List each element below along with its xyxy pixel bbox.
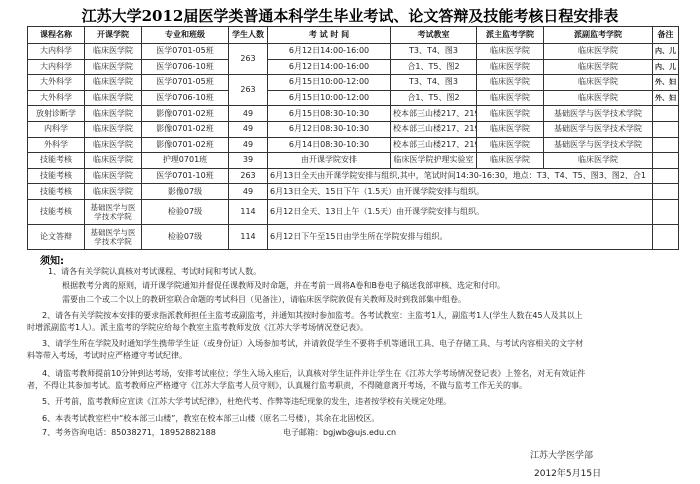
cell-time: 6月12日08:30-10:30	[268, 121, 391, 137]
cell-count: 49	[229, 121, 268, 137]
cell-count: 49	[229, 137, 268, 153]
cell-note	[653, 168, 679, 184]
cell-merged-arrangement: 6月13日全天由开课学院安排与组织,其中，笔试时间14:30-16:30，地点：…	[268, 168, 653, 184]
table-row: 技能考核 临床医学院 影像07级 49 6月13日全天、15日下午（1.5天）由…	[28, 184, 679, 200]
table-row: 技能考核 临床医学院 医学0701-10班 263 6月13日全天由开课学院安排…	[28, 168, 679, 184]
cell-college: 临床医学院	[85, 59, 142, 75]
cell-main-proctor: 临床医学院	[477, 59, 544, 75]
header-vice-proctor: 派副监考学院	[544, 27, 653, 44]
header-note: 备注	[653, 27, 679, 44]
cell-course: 技能考核	[28, 168, 85, 184]
cell-note: 内、儿	[653, 44, 679, 60]
cell-course: 技能考核	[28, 153, 85, 169]
cell-college: 临床医学院	[85, 90, 142, 106]
cell-count: 49	[229, 184, 268, 200]
cell-room: T3、T4、图3	[391, 44, 477, 60]
header-class: 专业和班级	[142, 27, 229, 44]
cell-room: 校本部三山楼217、219	[391, 121, 477, 137]
cell-count: 39	[229, 153, 268, 169]
cell-college: 临床医学院	[85, 121, 142, 137]
cell-time: 6月15日10:00-12:00	[268, 75, 391, 91]
header-course: 课程名称	[28, 27, 85, 44]
notice-line: 6、本表考试教室栏中“校本部三山楼”，教室在校本部三山楼（原名二号楼），其余在北…	[42, 413, 379, 424]
cell-course: 外科学	[28, 137, 85, 153]
cell-class: 医学0706-10班	[142, 90, 229, 106]
cell-merged-arrangement: 6月13日全天、15日下午（1.5天）由开课学院安排与组织。	[268, 184, 653, 200]
cell-note	[653, 224, 679, 249]
cell-vice-proctor: 临床医学院	[544, 44, 653, 60]
header-count: 学生人数	[229, 27, 268, 44]
cell-merged-arrangement: 6月12日下午至15日由学生所在学院安排与组织。	[268, 224, 653, 249]
table-row: 技能考核 基础医学与医学技术学院 检验07级 114 6月12日全天、13日上午…	[28, 199, 679, 224]
header-room: 考试教室	[391, 27, 477, 44]
cell-class: 医学0701-10班	[142, 168, 229, 184]
cell-note	[653, 121, 679, 137]
notice-line: 需要由二个或二个以上的教研室联合命题的考试科目（见备注），请临床医学院敦促有关教…	[62, 294, 466, 305]
cell-class: 影像0701-02班	[142, 137, 229, 153]
cell-course: 论文答辩	[28, 224, 85, 249]
cell-time: 6月15日10:00-12:00	[268, 90, 391, 106]
notice-line: 时增派副监考1人）。派主监考的学院应给每个教室主监考教师发放《江苏大学考场情况登…	[27, 322, 368, 333]
cell-room: 校本部三山楼217、219	[391, 137, 477, 153]
cell-room: 校本部三山楼217、219	[391, 106, 477, 122]
cell-note	[653, 106, 679, 122]
cell-class: 医学0706-10班	[142, 59, 229, 75]
notice-line: 料等带入考场，考试时应严格遵守考试纪律。	[27, 350, 187, 361]
cell-note	[653, 137, 679, 153]
cell-college: 基础医学与医学技术学院	[85, 199, 142, 224]
cell-vice-proctor: 临床医学院	[544, 59, 653, 75]
cell-main-proctor: 临床医学院	[477, 153, 544, 169]
table-row: 大内科学 临床医学院 医学0706-10班 6月12日14:00-16:00 合…	[28, 59, 679, 75]
cell-course: 大内科学	[28, 44, 85, 60]
schedule-table: 课程名称 开课学院 专业和班级 学生人数 考 试 时 间 考试教室 派主监考学院…	[27, 26, 679, 250]
table-header-row: 课程名称 开课学院 专业和班级 学生人数 考 试 时 间 考试教室 派主监考学院…	[28, 27, 679, 44]
cell-course: 大内科学	[28, 59, 85, 75]
cell-course: 技能考核	[28, 199, 85, 224]
signature-date: 2012年5月15日	[534, 466, 601, 479]
cell-count: 114	[229, 199, 268, 224]
cell-college: 临床医学院	[85, 168, 142, 184]
cell-note: 外、妇	[653, 75, 679, 91]
header-college: 开课学院	[85, 27, 142, 44]
table-row: 内科学 临床医学院 影像0701-02班 49 6月12日08:30-10:30…	[28, 121, 679, 137]
table-row: 技能考核 临床医学院 护理0701班 39 由开课学院安排 临床医学院护理实验室…	[28, 153, 679, 169]
cell-college: 临床医学院	[85, 153, 142, 169]
cell-class: 影像0701-02班	[142, 106, 229, 122]
table-row: 大外科学 临床医学院 医学0706-10班 6月15日10:00-12:00 合…	[28, 90, 679, 106]
email-line: 电子邮箱：bgjwb@ujs.edu.cn	[283, 427, 396, 438]
cell-course: 大外科学	[28, 90, 85, 106]
table-row: 外科学 临床医学院 影像0701-02班 49 6月14日08:30-10:30…	[28, 137, 679, 153]
cell-college: 临床医学院	[85, 106, 142, 122]
cell-class: 检验07级	[142, 224, 229, 249]
cell-main-proctor: 临床医学院	[477, 75, 544, 91]
cell-count: 263	[229, 44, 268, 75]
cell-class: 检验07级	[142, 199, 229, 224]
cell-main-proctor: 临床医学院	[477, 121, 544, 137]
cell-college: 临床医学院	[85, 75, 142, 91]
notice-line: 7、考务咨询电话：85038271，18952882188	[42, 427, 216, 438]
cell-course: 内科学	[28, 121, 85, 137]
notice-line: 2、请各有关学院按本安排的要求指派教师担任主监考或副监考，并通知其按时参加监考。…	[42, 310, 583, 321]
cell-main-proctor: 临床医学院	[477, 90, 544, 106]
cell-college: 基础医学与医学技术学院	[85, 224, 142, 249]
header-main-proctor: 派主监考学院	[477, 27, 544, 44]
cell-merged-arrangement: 6月12日全天、13日上午（1.5天）由开课学院安排与组织。	[268, 199, 653, 224]
table-row: 大内科学 临床医学院 医学0701-05班 263 6月12日14:00-16:…	[28, 44, 679, 60]
cell-main-proctor: 临床医学院	[477, 106, 544, 122]
table-row: 放射诊断学 临床医学院 影像0701-02班 49 6月15日08:30-10:…	[28, 106, 679, 122]
cell-class: 影像07级	[142, 184, 229, 200]
table-row: 论文答辩 基础医学与医学技术学院 检验07级 114 6月12日下午至15日由学…	[28, 224, 679, 249]
notice-line: 者，不得让其参加考试。监考教师应严格遵守《江苏大学监考人员守则》，认真履行监考职…	[27, 380, 527, 391]
cell-vice-proctor: 临床医学院	[544, 90, 653, 106]
cell-count: 49	[229, 106, 268, 122]
cell-vice-proctor: 临床医学院	[544, 75, 653, 91]
cell-room: 合1、T5、图2	[391, 59, 477, 75]
cell-note: 外、妇	[653, 90, 679, 106]
cell-vice-proctor: 临床医学院	[544, 153, 653, 169]
cell-room: 临床医学院护理实验室	[391, 153, 477, 169]
cell-class: 医学0701-05班	[142, 44, 229, 60]
cell-course: 放射诊断学	[28, 106, 85, 122]
table-row: 大外科学 临床医学院 医学0701-05班 263 6月15日10:00-12:…	[28, 75, 679, 91]
cell-vice-proctor: 基础医学与医学技术学院	[544, 137, 653, 153]
cell-room: 合1、T5、图2	[391, 90, 477, 106]
cell-time: 由开课学院安排	[268, 153, 391, 169]
notice-line: 5、开考前，监考教师应宣读《江苏大学考试纪律》，杜绝代考、作弊等违纪现象的发生，…	[42, 396, 451, 407]
cell-note	[653, 199, 679, 224]
notice-heading: 须知:	[40, 252, 64, 267]
cell-course: 技能考核	[28, 184, 85, 200]
notice-line: 3、请学生所在学院及时通知学生携带学生证（或身份证）入场参加考试，并请敦促学生不…	[42, 338, 583, 349]
cell-class: 护理0701班	[142, 153, 229, 169]
page-title: 江苏大学2012届医学类普通本科学生毕业考试、论文答辩及技能考核日程安排表	[0, 5, 700, 26]
notice-line: 1、请各有关学院认真核对考试课程、考试时间和考试人数。	[48, 266, 261, 277]
cell-count: 263	[229, 75, 268, 106]
cell-time: 6月14日08:30-10:30	[268, 137, 391, 153]
cell-main-proctor: 临床医学院	[477, 44, 544, 60]
signature-org: 江苏大学医学部	[530, 448, 593, 461]
cell-course: 大外科学	[28, 75, 85, 91]
cell-vice-proctor: 基础医学与医学技术学院	[544, 106, 653, 122]
cell-note	[653, 184, 679, 200]
notice-line: 根据教考分离的原则，请开课学院通知并督促任课教师及时命题，并在考前一周将A卷和B…	[62, 280, 505, 291]
cell-college: 临床医学院	[85, 184, 142, 200]
cell-room: T3、T4、图3	[391, 75, 477, 91]
cell-count: 114	[229, 224, 268, 249]
notice-line: 4、请监考教师提前10分钟到达考场，安排考试座位；学生入场入座后，认真核对学生证…	[42, 368, 585, 379]
cell-time: 6月12日14:00-16:00	[268, 44, 391, 60]
cell-college: 临床医学院	[85, 137, 142, 153]
cell-vice-proctor: 基础医学与医学技术学院	[544, 121, 653, 137]
cell-time: 6月12日14:00-16:00	[268, 59, 391, 75]
cell-note: 内、儿	[653, 59, 679, 75]
cell-count: 263	[229, 168, 268, 184]
cell-college: 临床医学院	[85, 44, 142, 60]
cell-class: 影像0701-02班	[142, 121, 229, 137]
header-time: 考 试 时 间	[268, 27, 391, 44]
cell-main-proctor: 临床医学院	[477, 137, 544, 153]
cell-time: 6月15日08:30-10:30	[268, 106, 391, 122]
cell-note	[653, 153, 679, 169]
cell-class: 医学0701-05班	[142, 75, 229, 91]
